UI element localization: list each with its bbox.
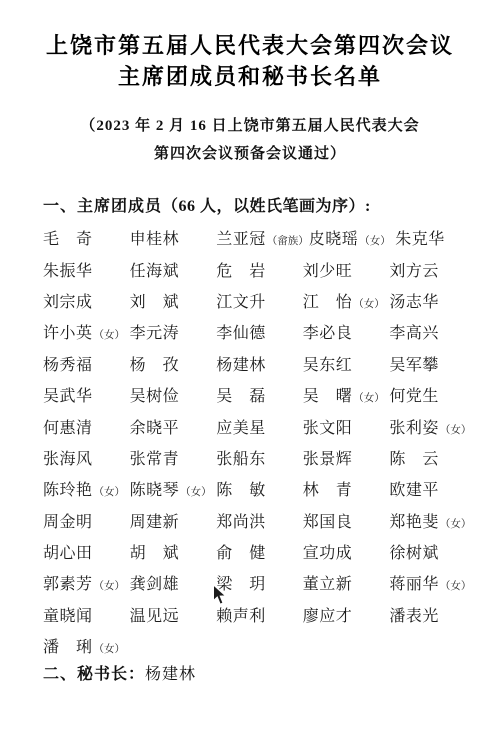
member-name: 何党生 — [389, 388, 439, 405]
section-presidium-label: 一、主席团成员 — [43, 198, 162, 215]
member-name: 张常青 — [130, 451, 180, 468]
member-cell: 杨 孜 — [130, 352, 217, 375]
member-name: 林 青 — [303, 482, 353, 499]
member-cell: 潘 琍（女） — [43, 634, 130, 657]
secretary-name: 杨建林 — [145, 666, 196, 683]
member-cell: 朱克华 — [395, 226, 482, 249]
member-name: 吴树俭 — [130, 388, 180, 405]
member-name: 郑艳斐 — [389, 514, 439, 531]
member-name: 吴东红 — [303, 357, 353, 374]
member-name: 胡心田 — [43, 545, 93, 562]
member-cell: 徐树斌 — [389, 540, 476, 563]
member-cell: 刘 斌 — [130, 289, 217, 312]
member-cell: 江文升 — [216, 289, 303, 312]
member-cell: 廖应才 — [303, 603, 390, 626]
section-presidium-detail: （66 人，以姓氏笔画为序）: — [162, 198, 371, 215]
member-cell: 李元涛 — [130, 320, 217, 343]
member-name: 陈 敏 — [216, 482, 266, 499]
member-note: （女） — [440, 425, 472, 436]
member-name: 陈玲艳 — [43, 482, 93, 499]
member-row: 陈玲艳（女）陈晓琴（女）陈 敏林 青欧建平 — [43, 473, 488, 504]
member-note: （女） — [180, 487, 212, 498]
member-name: 杨建林 — [216, 357, 266, 374]
member-name: 江文升 — [216, 294, 266, 311]
member-note: （女） — [440, 519, 472, 530]
member-name: 周金明 — [43, 514, 93, 531]
member-name: 赖声利 — [216, 608, 266, 625]
member-note: （女） — [94, 487, 126, 498]
member-name: 俞 健 — [216, 545, 266, 562]
member-name: 童晓闻 — [43, 608, 93, 625]
member-cell: 李仙德 — [216, 320, 303, 343]
member-name: 徐树斌 — [389, 545, 439, 562]
member-name: 潘表光 — [389, 608, 439, 625]
member-name: 皮晓瑶 — [309, 231, 359, 248]
member-name: 刘方云 — [389, 263, 439, 280]
member-cell: 郑尚洪 — [216, 509, 303, 532]
member-cell: 胡心田 — [43, 540, 130, 563]
member-cell: 陈玲艳（女） — [43, 477, 130, 500]
member-name: 毛 奇 — [43, 231, 93, 248]
member-row: 吴武华吴树俭吴 磊吴 曙（女）何党生 — [43, 379, 488, 410]
member-note: （女） — [353, 393, 385, 404]
member-cell: 龚剑雄 — [130, 571, 217, 594]
member-cell: 何党生 — [389, 383, 476, 406]
member-cell: 董立新 — [303, 571, 390, 594]
member-cell: 童晓闻 — [43, 603, 130, 626]
member-name: 廖应才 — [303, 608, 353, 625]
member-name: 欧建平 — [389, 482, 439, 499]
member-name: 刘宗成 — [43, 294, 93, 311]
member-cell: 陈 云 — [389, 446, 476, 469]
member-cell: 杨秀福 — [43, 352, 130, 375]
member-cell: 潘表光 — [389, 603, 476, 626]
member-cell: 李必良 — [303, 320, 390, 343]
member-cell: 余晓平 — [130, 415, 217, 438]
member-cell: 吴 磊 — [216, 383, 303, 406]
member-cell: 吴武华 — [43, 383, 130, 406]
member-row: 何惠清余晓平应美星张文阳张利姿（女） — [43, 410, 488, 441]
member-name: 吴武华 — [43, 388, 93, 405]
member-cell: 汤志华 — [389, 289, 476, 312]
member-name: 胡 斌 — [130, 545, 180, 562]
member-row: 童晓闻温见远赖声利廖应才潘表光 — [43, 599, 488, 630]
member-row: 郭素芳（女）龚剑雄梁 玥董立新蒋丽华（女） — [43, 567, 488, 598]
member-cell: 周金明 — [43, 509, 130, 532]
member-name: 余晓平 — [130, 420, 180, 437]
member-note: （畲族） — [267, 236, 309, 247]
member-name: 董立新 — [303, 576, 353, 593]
member-cell: 吴 曙（女） — [303, 383, 390, 406]
member-cell: 温见远 — [130, 603, 217, 626]
member-name: 温见远 — [130, 608, 180, 625]
member-name: 刘少旺 — [303, 263, 353, 280]
member-name: 杨秀福 — [43, 357, 93, 374]
member-cell: 何惠清 — [43, 415, 130, 438]
member-name: 宣功成 — [303, 545, 353, 562]
member-name: 申桂林 — [130, 231, 180, 248]
member-name: 陈晓琴 — [130, 482, 180, 499]
member-cell: 朱振华 — [43, 258, 130, 281]
member-name: 张景辉 — [303, 451, 353, 468]
member-name: 何惠清 — [43, 420, 93, 437]
member-row: 毛 奇申桂林兰亚冠（畲族）皮晓瑶（女）朱克华 — [43, 222, 488, 253]
member-note: （女） — [440, 581, 472, 592]
member-cell: 俞 健 — [216, 540, 303, 563]
member-note: （女） — [94, 330, 126, 341]
member-row: 周金明周建新郑尚洪郑国良郑艳斐（女） — [43, 505, 488, 536]
member-cell: 蒋丽华（女） — [389, 571, 476, 594]
member-name: 张文阳 — [303, 420, 353, 437]
member-name: 刘 斌 — [130, 294, 180, 311]
member-cell: 吴树俭 — [130, 383, 217, 406]
member-cell: 宣功成 — [303, 540, 390, 563]
document-title: 上饶市第五届人民代表大会第四次会议 主席团成员和秘书长名单 — [0, 30, 500, 92]
member-cell: 欧建平 — [389, 477, 476, 500]
member-cell: 陈晓琴（女） — [130, 477, 217, 500]
member-cell: 兰亚冠（畲族） — [216, 226, 309, 249]
member-name: 李高兴 — [389, 325, 439, 342]
member-name: 兰亚冠 — [216, 231, 266, 248]
member-cell: 江 怡（女） — [303, 289, 390, 312]
member-name: 蒋丽华 — [389, 576, 439, 593]
member-name: 张船东 — [216, 451, 266, 468]
member-cell: 赖声利 — [216, 603, 303, 626]
member-name: 吴军攀 — [389, 357, 439, 374]
member-cell: 应美星 — [216, 415, 303, 438]
member-name: 李必良 — [303, 325, 353, 342]
member-name: 汤志华 — [389, 294, 439, 311]
member-name: 郑国良 — [303, 514, 353, 531]
member-row: 朱振华任海斌危 岩刘少旺刘方云 — [43, 253, 488, 284]
member-cell: 刘方云 — [389, 258, 476, 281]
member-cell: 陈 敏 — [216, 477, 303, 500]
member-name: 朱振华 — [43, 263, 93, 280]
member-cell: 杨建林 — [216, 352, 303, 375]
member-grid: 毛 奇申桂林兰亚冠（畲族）皮晓瑶（女）朱克华朱振华任海斌危 岩刘少旺刘方云刘宗成… — [43, 222, 488, 661]
member-name: 江 怡 — [303, 294, 353, 311]
member-name: 张利姿 — [389, 420, 439, 437]
member-name: 许小英 — [43, 325, 93, 342]
member-row: 潘 琍（女） — [43, 630, 488, 661]
member-name: 陈 云 — [389, 451, 439, 468]
member-row: 杨秀福杨 孜杨建林吴东红吴军攀 — [43, 348, 488, 379]
member-name: 郑尚洪 — [216, 514, 266, 531]
section-secretary-label: 二、秘书长： — [43, 666, 145, 683]
member-cell: 皮晓瑶（女） — [309, 226, 396, 249]
member-name: 李元涛 — [130, 325, 180, 342]
member-cell: 刘少旺 — [303, 258, 390, 281]
document-title-line2: 主席团成员和秘书长名单 — [0, 61, 500, 92]
member-note: （女） — [359, 236, 391, 247]
member-cell: 张利姿（女） — [389, 415, 476, 438]
member-name: 杨 孜 — [130, 357, 180, 374]
member-name: 危 岩 — [216, 263, 266, 280]
member-cell: 毛 奇 — [43, 226, 130, 249]
member-name: 应美星 — [216, 420, 266, 437]
member-cell: 吴东红 — [303, 352, 390, 375]
document-subtitle-line1: （2023 年 2 月 16 日上饶市第五届人民代表大会 — [0, 112, 500, 140]
member-cell: 林 青 — [303, 477, 390, 500]
document-subtitle-line2: 第四次会议预备会议通过） — [0, 140, 500, 168]
member-cell: 周建新 — [130, 509, 217, 532]
member-name: 梁 玥 — [216, 576, 266, 593]
member-name: 周建新 — [130, 514, 180, 531]
member-cell: 张船东 — [216, 446, 303, 469]
member-cell: 张文阳 — [303, 415, 390, 438]
member-cell: 李高兴 — [389, 320, 476, 343]
member-name: 张海风 — [43, 451, 93, 468]
member-name: 李仙德 — [216, 325, 266, 342]
member-note: （女） — [94, 644, 126, 655]
member-cell: 张海风 — [43, 446, 130, 469]
member-name: 郭素芳 — [43, 576, 93, 593]
member-cell: 张常青 — [130, 446, 217, 469]
member-row: 胡心田胡 斌俞 健宣功成徐树斌 — [43, 536, 488, 567]
member-name: 吴 磊 — [216, 388, 266, 405]
member-note: （女） — [353, 299, 385, 310]
member-cell: 郑艳斐（女） — [389, 509, 476, 532]
member-cell: 许小英（女） — [43, 320, 130, 343]
section-presidium-heading: 一、主席团成员（66 人，以姓氏笔画为序）: — [43, 193, 371, 216]
member-cell: 郑国良 — [303, 509, 390, 532]
member-cell: 梁 玥 — [216, 571, 303, 594]
member-row: 张海风张常青张船东张景辉陈 云 — [43, 442, 488, 473]
member-cell: 任海斌 — [130, 258, 217, 281]
member-name: 任海斌 — [130, 263, 180, 280]
member-cell: 张景辉 — [303, 446, 390, 469]
member-name: 龚剑雄 — [130, 576, 180, 593]
member-cell: 刘宗成 — [43, 289, 130, 312]
document-title-line1: 上饶市第五届人民代表大会第四次会议 — [0, 30, 500, 61]
member-cell: 危 岩 — [216, 258, 303, 281]
member-cell: 胡 斌 — [130, 540, 217, 563]
member-name: 潘 琍 — [43, 639, 93, 656]
member-cell: 申桂林 — [130, 226, 217, 249]
member-note: （女） — [94, 581, 126, 592]
member-row: 许小英（女）李元涛李仙德李必良李高兴 — [43, 316, 488, 347]
member-name: 吴 曙 — [303, 388, 353, 405]
section-secretary: 二、秘书长：杨建林 — [43, 661, 196, 684]
member-cell: 郭素芳（女） — [43, 571, 130, 594]
member-row: 刘宗成刘 斌江文升江 怡（女）汤志华 — [43, 285, 488, 316]
member-cell: 吴军攀 — [389, 352, 476, 375]
member-name: 朱克华 — [395, 231, 445, 248]
document-subtitle: （2023 年 2 月 16 日上饶市第五届人民代表大会 第四次会议预备会议通过… — [0, 112, 500, 168]
